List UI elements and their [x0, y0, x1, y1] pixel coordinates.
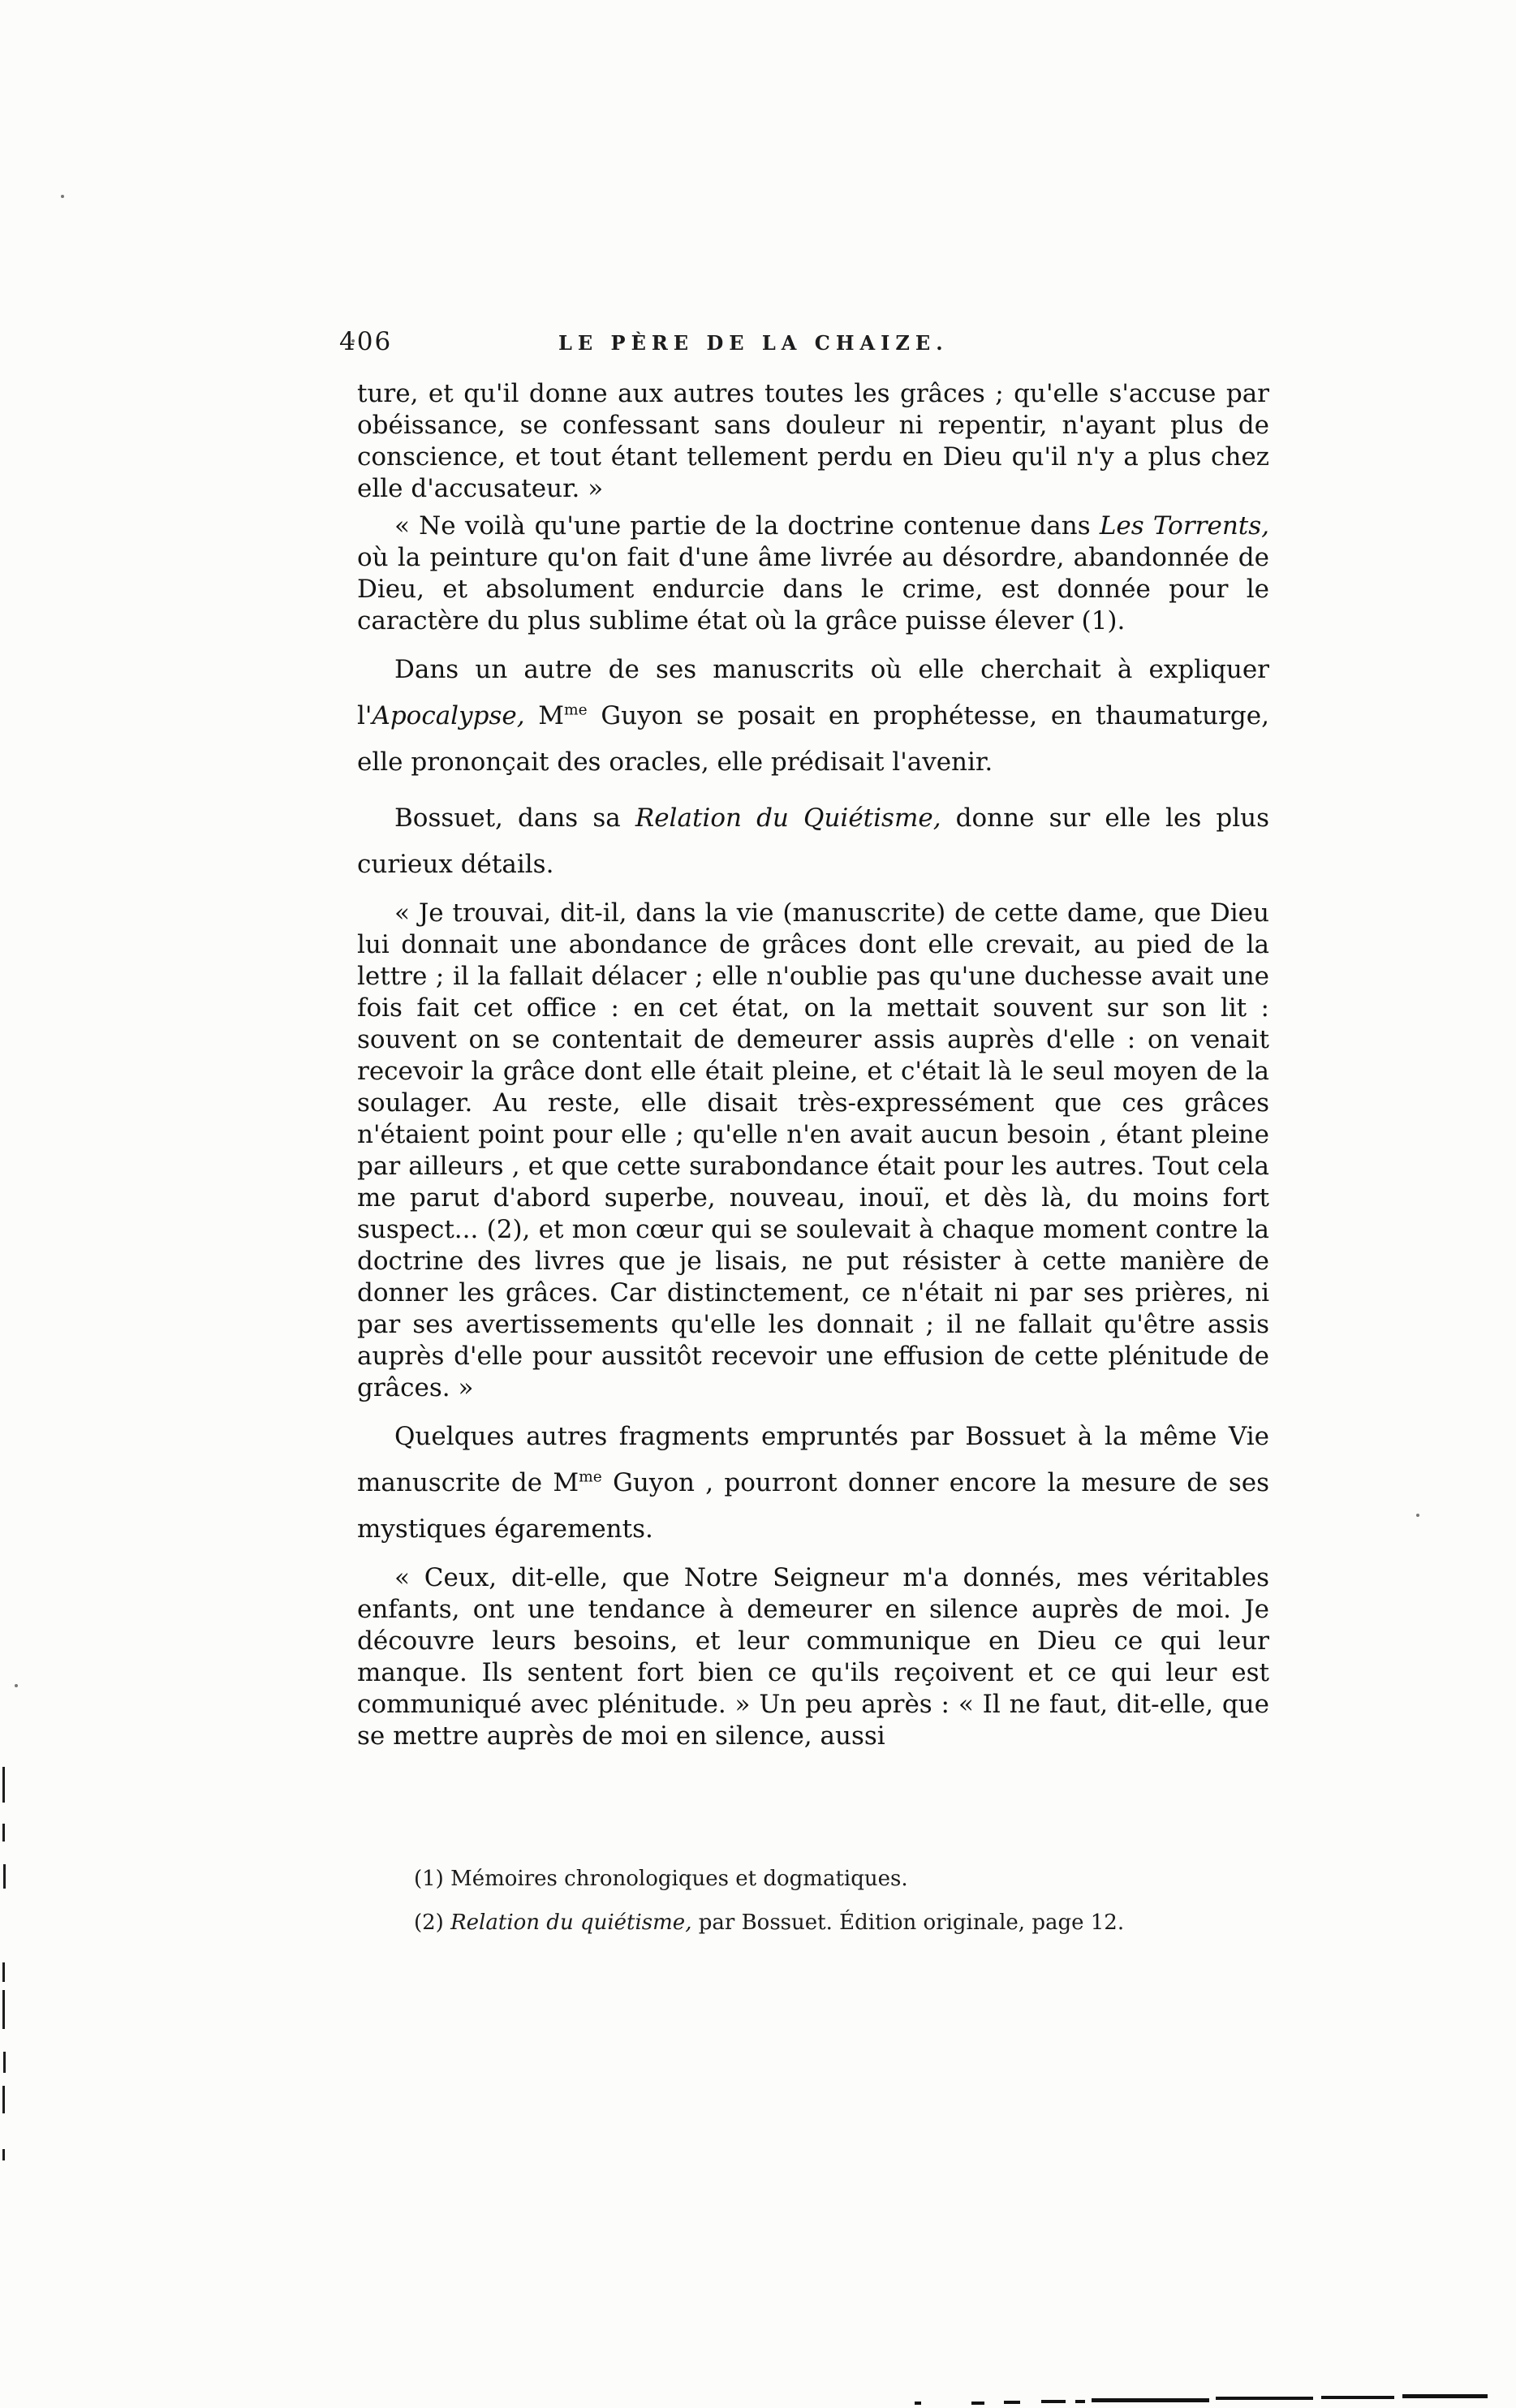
scan-mark: [2, 1962, 5, 1982]
scan-mark: [2, 2086, 5, 2113]
body-text: ture, et qu'il donne aux autres toutes l…: [357, 378, 1269, 1752]
running-header-title: LE PÈRE DE LA CHAIZE.: [558, 331, 949, 355]
footnote: (1) Mémoires chronologiques et dogmatiqu…: [414, 1857, 1299, 1901]
scan-mark: [2, 1767, 5, 1803]
paragraph: « Ceux, dit-elle, que Notre Seigneur m'a…: [357, 1562, 1269, 1752]
paragraph: ture, et qu'il donne aux autres toutes l…: [357, 378, 1269, 505]
paragraph: Quelques autres fragments empruntés par …: [357, 1414, 1269, 1553]
scan-line: [1216, 2397, 1313, 2400]
scan-line: [1321, 2396, 1394, 2399]
scan-speck: [568, 398, 571, 401]
paragraph: Bossuet, dans sa Relation du Quiétisme, …: [357, 795, 1269, 888]
paragraph: Dans un autre de ses manuscrits où elle …: [357, 647, 1269, 786]
scan-mark: [2, 1990, 5, 2029]
scan-mark: [3, 1864, 6, 1889]
footnote: (2) Relation du quiétisme, par Bossuet. …: [414, 1901, 1299, 1945]
paragraph: « Ne voilà qu'une partie de la doctrine …: [357, 510, 1269, 637]
book-page: 406 LE PÈRE DE LA CHAIZE. ture, et qu'il…: [0, 0, 1516, 2408]
scan-mark: [3, 2052, 6, 2073]
scan-speck: [351, 339, 355, 342]
scan-line: [1041, 2400, 1066, 2403]
paragraph: « Je trouvai, dit-il, dans la vie (manus…: [357, 898, 1269, 1404]
scan-line: [971, 2402, 984, 2405]
scan-mark: [2, 2149, 5, 2160]
page-number: 406: [339, 327, 392, 356]
scan-mark: [2, 1824, 5, 1842]
scan-speck: [15, 1684, 18, 1687]
scan-speck: [61, 195, 64, 198]
scan-speck: [1416, 1514, 1419, 1517]
scan-line: [915, 2402, 921, 2405]
scan-line: [1402, 2394, 1488, 2398]
scan-line: [1075, 2400, 1085, 2403]
scan-line: [1092, 2398, 1209, 2402]
footnotes: (1) Mémoires chronologiques et dogmatiqu…: [414, 1857, 1299, 1945]
scan-line: [1004, 2401, 1020, 2404]
